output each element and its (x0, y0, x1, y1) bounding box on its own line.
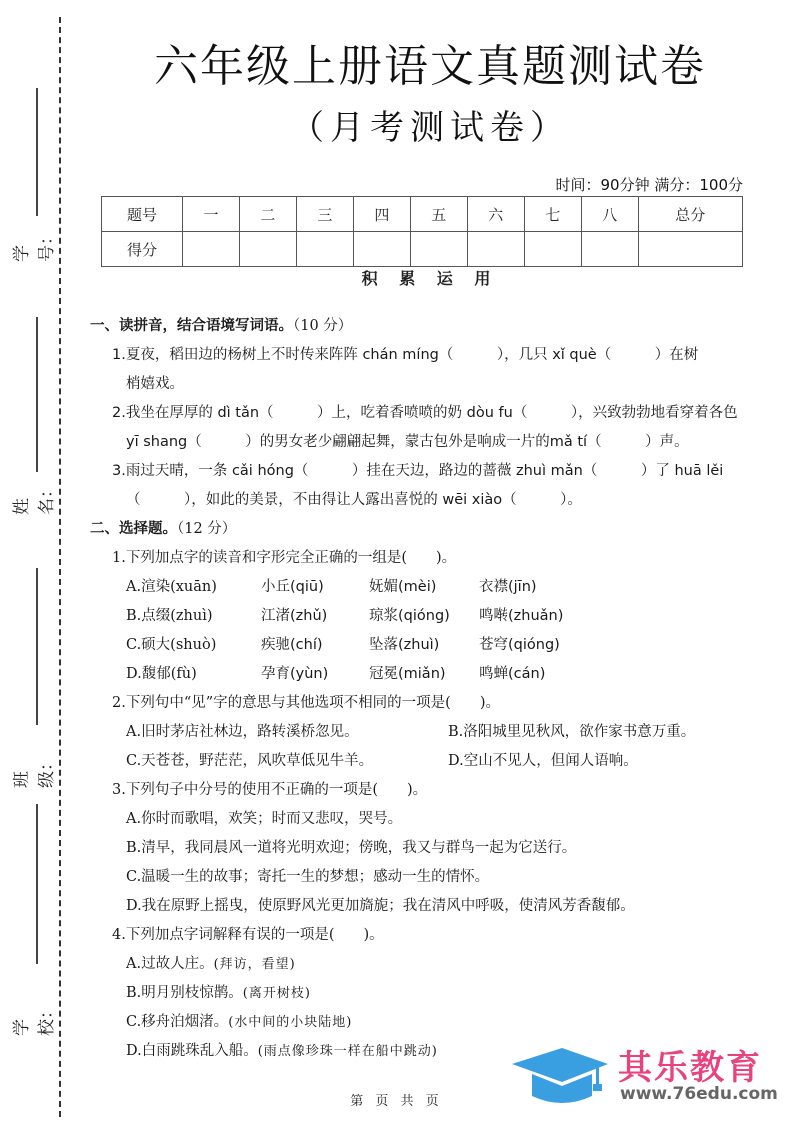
option-text: D.白雨跳珠乱入船。 (126, 1043, 258, 1059)
option-cell: 小丘(qiū) (261, 573, 369, 602)
section-1-points: （10 分） (293, 318, 352, 334)
question-1-2: 2.我坐在厚厚的 dì tǎn（ ）上，吃着香喷喷的奶 dòu fu（ ），兴致… (90, 399, 750, 428)
cell: 三 (296, 197, 353, 232)
score-cell[interactable] (638, 232, 742, 267)
option-a: A.过故人庄。(拜访，看望) (90, 950, 750, 979)
option-cell: 苍穹(qióng) (479, 631, 609, 660)
option-note: (拜访，看望) (214, 957, 296, 972)
option-b: B.洛阳城里见秋风，欲作家书意万重。 (448, 718, 768, 747)
cell: 题号 (102, 197, 183, 232)
binding-dashed-line (59, 17, 61, 1117)
score-cell[interactable] (410, 232, 467, 267)
section-1-title: 一、读拼音，结合语境写词语。（10 分） (90, 312, 750, 341)
option-c: C.天苍苍，野茫茫，风吹草低见牛羊。 (126, 747, 448, 776)
name-underline (36, 317, 38, 472)
question-2-2-stem: 2.下列句中“见”字的意思与其他选项不相同的一项是( )。 (90, 689, 750, 718)
question-2-1-stem: 1.下列加点字的读音和字形完全正确的一组是( )。 (90, 544, 750, 573)
section-2-points: （12 分） (177, 521, 236, 537)
option-b: B.清早，我同晨风一道将光明欢迎；傍晚，我又与群鸟一起为它送行。 (90, 834, 750, 863)
score-cell[interactable] (524, 232, 581, 267)
class-label: 班级： (12, 748, 52, 788)
time-info: 时间：90分钟 满分：100分 (556, 174, 744, 195)
cell: 得分 (102, 232, 183, 267)
option-cell: D.馥郁(fù) (126, 660, 261, 689)
option-cell: 孕育(yùn) (261, 660, 369, 689)
score-cell[interactable] (183, 232, 240, 267)
class-underline (36, 568, 38, 725)
page-title: 六年级上册语文真题测试卷 (90, 30, 770, 94)
score-cell[interactable] (296, 232, 353, 267)
question-1-1: 1.夏夜，稻田边的杨树上不时传来阵阵 chán míng（ ），几只 xǐ qu… (90, 341, 750, 370)
option-d: D.我在原野上摇曳，使原野风光更加旖旎；我在清风中呼吸，使清风芳香馥郁。 (90, 892, 750, 921)
option-note: (水中间的小块陆地) (228, 1015, 352, 1030)
question-1-2-cont: yī shang（ ）的男女老少翩翩起舞，蒙古包外是响成一片的mǎ tí（ ）声… (90, 428, 750, 457)
student-id-label: 学号： (12, 222, 52, 262)
question-1-1-cont: 梢嬉戏。 (90, 370, 750, 399)
cell: 八 (581, 197, 638, 232)
name-label: 姓名： (12, 475, 52, 515)
cell: 四 (353, 197, 410, 232)
option-cell: 疾驰(chí) (261, 631, 369, 660)
cell: 总分 (638, 197, 742, 232)
score-table-header-row: 题号 一 二 三 四 五 六 七 八 总分 (102, 197, 743, 232)
score-cell[interactable] (467, 232, 524, 267)
question-1-3-cont: （ ），如此的美景，不由得让人露出喜悦的 wēi xiào（ ）。 (90, 486, 750, 515)
option-cell: 江渚(zhǔ) (261, 602, 369, 631)
option-c: C.移舟泊烟渚。(水中间的小块陆地) (90, 1008, 750, 1037)
option-d: D.空山不见人，但闻人语响。 (448, 747, 768, 776)
cell: 五 (410, 197, 467, 232)
option-cell: 鸣蝉(cán) (479, 660, 609, 689)
score-cell[interactable] (353, 232, 410, 267)
cell: 七 (524, 197, 581, 232)
question-2-2-options: A.旧时茅店社林边，路转溪桥忽见。 B.洛阳城里见秋风，欲作家书意万重。 C.天… (90, 718, 750, 776)
option-cell: 鸣啭(zhuǎn) (479, 602, 609, 631)
cell: 二 (239, 197, 296, 232)
option-cell: 衣襟(jīn) (479, 573, 609, 602)
brand-name: 其乐教育 (618, 1040, 762, 1089)
question-1-3: 3.雨过天晴，一条 cǎi hóng（ ）挂在天边，路边的蔷薇 zhuì mǎn… (90, 457, 750, 486)
score-cell[interactable] (239, 232, 296, 267)
page-subtitle: （月考测试卷） (90, 100, 770, 149)
option-note: (雨点像珍珠一样在船中跳动) (258, 1044, 438, 1059)
option-text: C.移舟泊烟渚。 (126, 1014, 228, 1030)
section-2-heading: 二、选择题。 (90, 521, 177, 537)
student-id-underline (36, 88, 38, 216)
option-cell: 琼浆(qióng) (369, 602, 479, 631)
option-cell: C.硕大(shuò) (126, 631, 261, 660)
option-text: B.明月别枝惊鹊。 (126, 985, 243, 1001)
option-b: B.明月别枝惊鹊。(离开树枝) (90, 979, 750, 1008)
page-footer: 第 页 共 页 (0, 1090, 793, 1109)
option-a: A.旧时茅店社林边，路转溪桥忽见。 (126, 718, 448, 747)
section-1-heading: 一、读拼音，结合语境写词语。 (90, 318, 293, 334)
option-cell: 冠冕(miǎn) (369, 660, 479, 689)
score-table-score-row: 得分 (102, 232, 743, 267)
option-cell: 妩媚(mèi) (369, 573, 479, 602)
question-2-3-stem: 3.下列句子中分号的使用不正确的一项是( )。 (90, 776, 750, 805)
option-a: A.你时而歌唱，欢笑；时而又悲叹，哭号。 (90, 805, 750, 834)
score-table: 题号 一 二 三 四 五 六 七 八 总分 得分 (101, 196, 743, 267)
option-text: A.过故人庄。 (126, 956, 214, 972)
option-cell: 坠落(zhuì) (369, 631, 479, 660)
option-c: C.温暖一生的故事；寄托一生的梦想；感动一生的情怀。 (90, 863, 750, 892)
school-underline (36, 804, 38, 964)
cell: 六 (467, 197, 524, 232)
question-2-1-options: A.渲染(xuān) 小丘(qiū) 妩媚(mèi) 衣襟(jīn) B.点缀(… (90, 573, 750, 689)
cell: 一 (183, 197, 240, 232)
school-label: 学校： (12, 996, 52, 1036)
section-caption: 积 累 运 用 (90, 266, 770, 289)
section-2-title: 二、选择题。（12 分） (90, 515, 750, 544)
option-cell: B.点缀(zhuì) (126, 602, 261, 631)
option-cell: A.渲染(xuān) (126, 573, 261, 602)
score-cell[interactable] (581, 232, 638, 267)
exam-content: 一、读拼音，结合语境写词语。（10 分） 1.夏夜，稻田边的杨树上不时传来阵阵 … (90, 312, 750, 1066)
option-note: (离开树枝) (243, 986, 311, 1001)
question-2-4-stem: 4.下列加点字词解释有误的一项是( )。 (90, 921, 750, 950)
